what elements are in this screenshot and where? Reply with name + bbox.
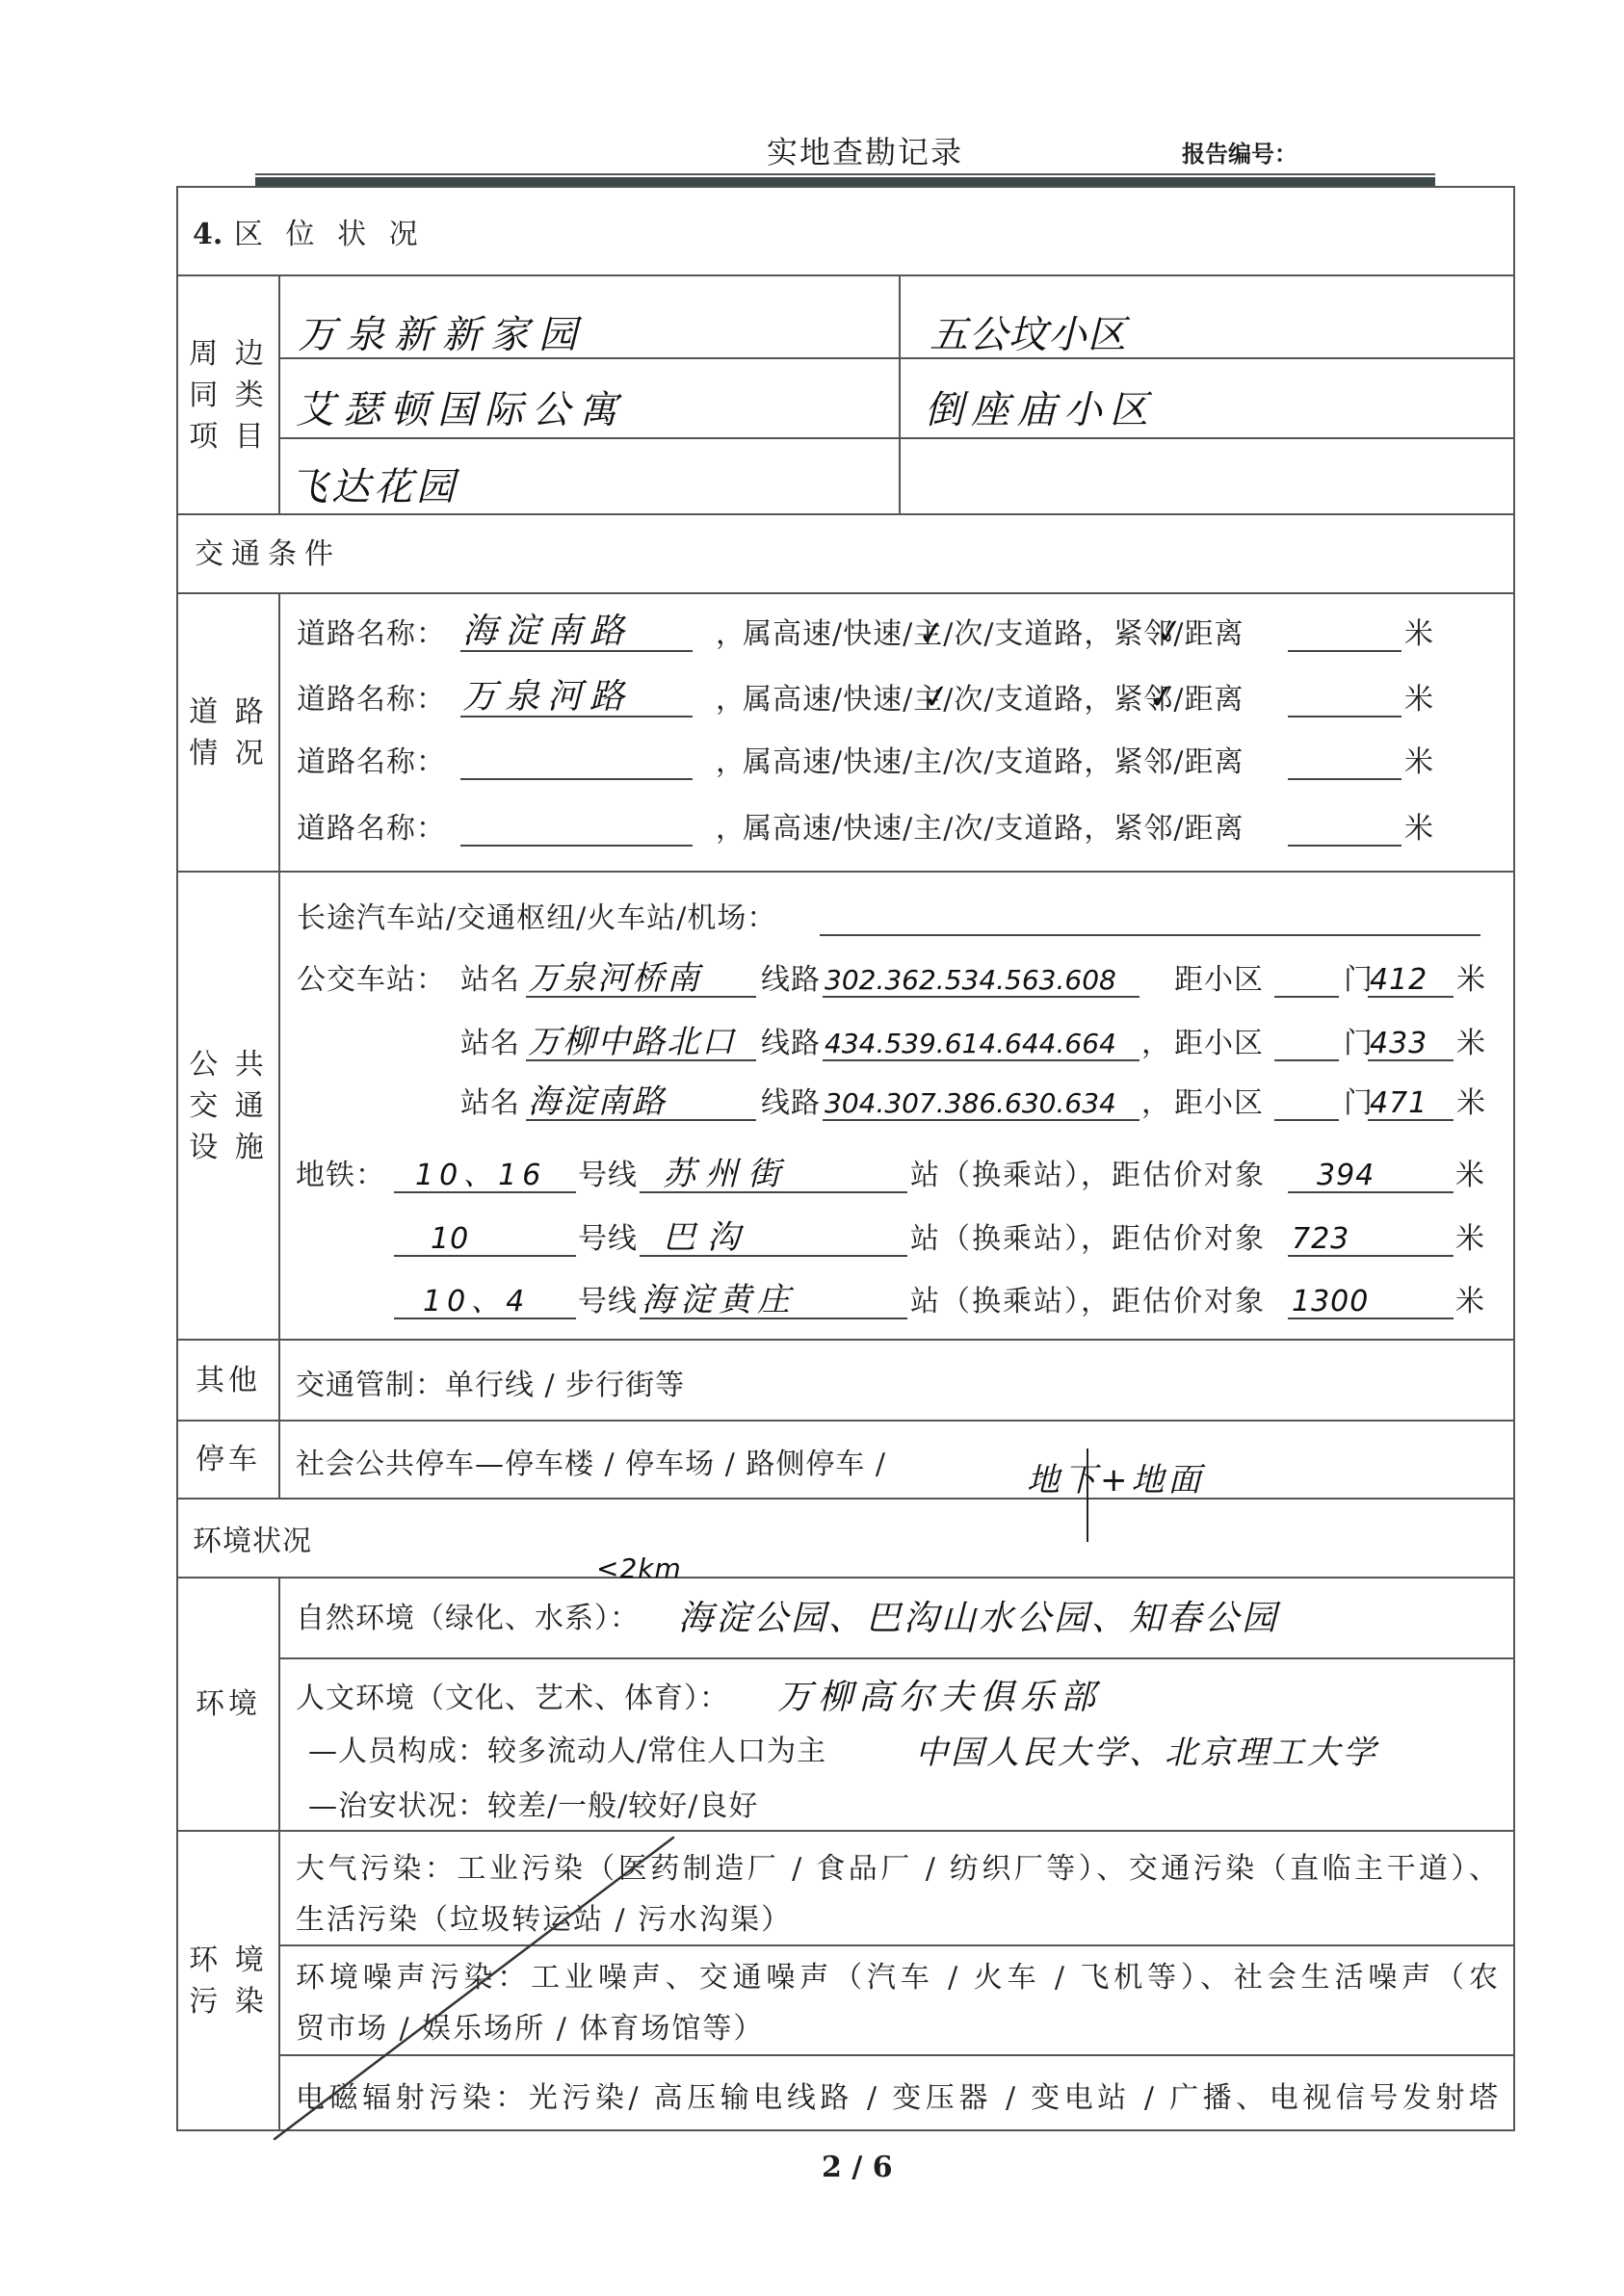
station-name-label: 站名 [460,966,520,995]
metro-station-value: 海淀黄庄 [642,1283,796,1318]
station-name-value: 万柳中路北口 [528,1025,736,1059]
station-name-field: 万泉河桥南 [526,961,756,998]
bus-stop-row: 站名 海淀南路 线路 304.307.386.630.634 ， 距小区 门 4… [178,1084,1513,1123]
section-nearby-projects: 周 边 同 类 项 目 万泉新新家园 艾瑟顿国际公寓 飞达花园 五公坟小区 倒座… [178,274,1513,513]
road-distance-field [1288,810,1401,847]
natural-environment-label: 自然环境（绿化、水系）： [296,1605,640,1633]
metro-row: 10、4 号线 海淀黄庄 站（换乘站），距估价对象 1300 米 [178,1283,1513,1321]
section-number: 4. [193,221,223,249]
checkmark-icon: ✓ [1146,679,1178,716]
metro-station-field: 苏州街 [640,1157,907,1193]
metro-label: 地铁： [296,1161,385,1190]
natural-environment-note: <2km [596,1555,682,1582]
interchange-distance-label: 站（换乘站），距估价对象 [910,1161,1266,1190]
bus-stop-label: 公交车站： [297,966,446,995]
row-divider [278,357,1513,359]
unit-label: 米 [1456,966,1486,995]
route-field: 302.362.534.563.608 [823,961,1139,998]
unit-label: 米 [1404,620,1434,649]
row-divider [278,1944,1513,1946]
community-distance-field [1274,961,1339,998]
noise-pollution-text: 环境噪声污染：工业噪声、交通噪声（汽车 / 火车 / 飞机等）、社会生活噪声（农 [296,1964,1500,1993]
distance-to-community-label: 距小区 [1174,1089,1264,1118]
row-divider [278,2054,1513,2056]
line-label: 号线 [578,1161,638,1190]
section-other: 其他 交通管制：单行线 / 步行街等 [178,1339,1513,1420]
route-label: 线路 [761,1089,821,1118]
line-label: 号线 [578,1225,638,1254]
nearby-project: 艾瑟顿国际公寓 [296,391,626,430]
distance-to-community-label: 距小区 [1174,1030,1264,1058]
road-name-label: 道路名称： [297,815,446,844]
parking-options-text: 社会公共停车—停车楼 / 停车场 / 路侧停车 / [296,1450,886,1479]
metro-row: 10 号线 巴沟 站（换乘站），距估价对象 723 米 [178,1220,1513,1259]
metro-line-value: 10、16 [415,1161,546,1191]
bus-stop-row: 站名 万柳中路北口 线路 434.539.614.644.664 ， 距小区 门… [178,1025,1513,1063]
gate-distance-value: 471 [1370,1088,1428,1119]
metro-station-value: 苏州街 [663,1157,790,1191]
section-pollution: 环 境 污 染 大气污染：工业污染（医药制造厂 / 食品厂 / 纺织厂等）、交通… [178,1830,1513,2129]
station-name-value: 万泉河桥南 [528,961,701,996]
nearby-project: 飞达花园 [289,468,458,507]
road-name-field: 万泉河路 [460,681,693,717]
traffic-control-text: 交通管制：单行线 / 步行街等 [296,1371,685,1400]
section-traffic-heading: 交通条件 [178,513,1513,592]
page-title: 实地查勘记录 [767,137,963,168]
parking-handwritten-note: 地下+地面 [1027,1463,1205,1498]
road-row: 道路名称： ， 属高速/快速/主/次/支道路，紧邻/距离 米 [178,810,1513,848]
emr-pollution-text: 电磁辐射污染：光污染/ 高压输电线路 / 变压器 / 变电站 / 广播、电视信号… [296,2084,1500,2113]
noise-pollution-text: 贸市场 / 娱乐场所 / 体育场馆等） [296,2015,764,2044]
unit-label: 米 [1455,1288,1485,1317]
gate-distance-value: 412 [1370,965,1428,996]
parking-label: 停车 [178,1422,280,1498]
road-name-label: 道路名称： [297,620,446,649]
survey-form-table: 4. 区 位 状 况 周 边 同 类 项 目 万泉新新家园 艾瑟顿国际公寓 飞达… [176,186,1515,2131]
road-name-field [460,810,693,847]
handwriting-stroke [1087,1448,1088,1542]
gate-distance-field: 471 [1368,1084,1454,1121]
metro-distance-field: 1300 [1288,1283,1454,1319]
metro-station-field: 海淀黄庄 [640,1283,907,1319]
metro-line-value: 10 [431,1224,469,1255]
interchange-distance-label: 站（换乘站），距估价对象 [910,1288,1266,1317]
road-distance-field [1288,615,1401,652]
section-environment: 环境 自然环境（绿化、水系）： <2km 海淀公园、巴沟山水公园、知春公园 人文… [178,1577,1513,1830]
label-line: 环境 [196,1683,261,1725]
column-divider [899,276,901,513]
section-parking: 停车 社会公共停车—停车楼 / 停车场 / 路侧停车 / 地下+地面 [178,1420,1513,1498]
header-rule-thin [255,173,1435,175]
community-distance-field [1274,1025,1339,1061]
metro-station-field: 巴沟 [640,1220,907,1257]
pollution-label: 环 境 污 染 [178,1832,280,2129]
road-row: 道路名称： 万泉河路 ， 属高速/快速/主/次/支道路，紧邻/距离 米 ✓ ✓ [178,681,1513,719]
unit-label: 米 [1455,1225,1485,1254]
checkmark-icon: ✓ [921,679,953,716]
air-pollution-text: 大气污染：工业污染（医药制造厂 / 食品厂 / 纺织厂等）、交通污染（直临主干道… [296,1855,1500,1884]
metro-distance-field: 394 [1288,1157,1454,1193]
road-distance-field [1288,744,1401,780]
section-location: 4. 区 位 状 况 [178,188,1513,274]
unit-label: 米 [1404,686,1434,715]
gate-distance-value: 433 [1370,1029,1428,1059]
label-line: 其他 [196,1360,261,1401]
road-name-field [460,744,693,780]
line-label: 号线 [578,1288,638,1317]
station-name-label: 站名 [460,1030,520,1058]
route-field: 434.539.614.644.664 [823,1025,1139,1061]
road-row: 道路名称： 海淀南路 ， 属高速/快速/主/次/支道路，紧邻/距离 米 ✓ ✓ [178,615,1513,654]
route-value: 304.307.386.630.634 [825,1088,1116,1119]
label-line: 项 目 [189,416,268,457]
metro-line-field: 10 [394,1220,576,1257]
gate-distance-field: 412 [1368,961,1454,998]
separator: ， [1141,1030,1171,1058]
section-environment-heading: 环境状况 [178,1498,1513,1577]
comma: ， [716,748,746,777]
section-roads: 道 路 情 况 道路名称： 海淀南路 ， 属高速/快速/主/次/支道路，紧邻/距… [178,592,1513,871]
population-value: 中国人民大学、北京理工大学 [915,1735,1378,1770]
station-name-label: 站名 [460,1089,520,1118]
metro-line-field: 10、16 [394,1157,576,1193]
route-label: 线路 [761,1030,821,1058]
label-line: 环 境 [189,1940,268,1981]
metro-line-field: 10、4 [394,1283,576,1319]
route-value: 434.539.614.644.664 [825,1029,1116,1059]
label-line: 污 染 [189,1981,268,2022]
distance-to-community-label: 距小区 [1174,966,1264,995]
comma: ， [716,620,746,649]
label-line: 周 边 [189,333,268,375]
road-name-field: 海淀南路 [460,615,693,652]
section-heading: 环境状况 [193,1527,312,1556]
community-distance-field [1274,1084,1339,1121]
unit-label: 米 [1455,1161,1485,1190]
label-line: 同 类 [189,375,268,416]
cultural-environment-value: 万柳高尔夫俱乐部 [777,1680,1101,1716]
security-label: —治安状况：较差/一般/较好/良好 [308,1792,758,1821]
row-divider [278,437,1513,439]
road-distance-field [1288,681,1401,717]
road-name-value: 海淀南路 [462,613,632,650]
interchange-distance-label: 站（换乘站），距估价对象 [910,1225,1266,1254]
cultural-environment-label: 人文环境（文化、艺术、体育）： [296,1684,729,1713]
checkmark-icon: ✓ [1154,613,1186,650]
nearby-label: 周 边 同 类 项 目 [178,276,280,513]
road-row: 道路名称： ， 属高速/快速/主/次/支道路，紧邻/距离 米 [178,744,1513,782]
unit-label: 米 [1404,815,1434,844]
metro-distance-field: 723 [1288,1220,1454,1257]
population-label: —人员构成：较多流动人/常住人口为主 [308,1737,826,1766]
section-heading: 区 位 状 况 [234,221,423,249]
nearby-project: 倒座庙小区 [925,391,1156,430]
road-name-label: 道路名称： [297,748,446,777]
other-label: 其他 [178,1341,280,1420]
transport-hub-label: 长途汽车站/交通枢纽/火车站/机场： [297,904,776,933]
metro-distance-value: 723 [1292,1224,1349,1255]
metro-distance-value: 1300 [1292,1287,1369,1318]
route-value: 302.362.534.563.608 [825,965,1116,996]
road-name-value: 万泉河路 [462,679,632,716]
comma: ， [716,815,746,844]
road-type-options: 属高速/快速/主/次/支道路，紧邻/距离 [743,748,1244,777]
unit-label: 米 [1404,748,1434,777]
metro-line-value: 10、4 [423,1287,530,1318]
transport-hub-field [820,900,1480,936]
nearby-project: 五公坟小区 [930,316,1127,354]
road-name-label: 道路名称： [297,686,446,715]
transport-hub-row: 长途汽车站/交通枢纽/火车站/机场： [178,900,1513,938]
report-number-label: 报告编号： [1182,143,1297,166]
separator: ， [1141,1089,1171,1118]
comma: ， [716,686,746,715]
section-heading: 交通条件 [195,540,341,569]
bus-stop-row: 公交车站： 站名 万泉河桥南 线路 302.362.534.563.608 距小… [178,961,1513,1000]
section-public-transit: 公 共 交 通 设 施 长途汽车站/交通枢纽/火车站/机场： 公交车站： 站名 … [178,871,1513,1339]
metro-distance-value: 394 [1317,1161,1375,1191]
label-line: 停车 [196,1439,261,1480]
metro-row: 地铁： 10、16 号线 苏州街 站（换乘站），距估价对象 394 米 [178,1157,1513,1195]
natural-environment-value: 海淀公园、巴沟山水公园、知春公园 [678,1601,1279,1637]
gate-distance-field: 433 [1368,1025,1454,1061]
unit-label: 米 [1456,1030,1486,1058]
checkmark-icon: ✓ [916,615,948,652]
metro-station-value: 巴沟 [663,1220,751,1255]
station-name-field: 海淀南路 [526,1084,756,1121]
environment-label: 环境 [178,1578,280,1830]
page-indicator: 2 / 6 [822,2153,893,2182]
unit-label: 米 [1456,1089,1486,1118]
row-divider [278,1657,1513,1659]
station-name-field: 万柳中路北口 [526,1025,756,1061]
road-type-options: 属高速/快速/主/次/支道路，紧邻/距离 [743,815,1244,844]
air-pollution-text: 生活污染（垃圾转运站 / 污水沟渠） [296,1906,792,1935]
station-name-value: 海淀南路 [528,1084,667,1119]
route-field: 304.307.386.630.634 [823,1084,1139,1121]
route-label: 线路 [761,966,821,995]
nearby-project: 万泉新新家园 [298,316,587,354]
